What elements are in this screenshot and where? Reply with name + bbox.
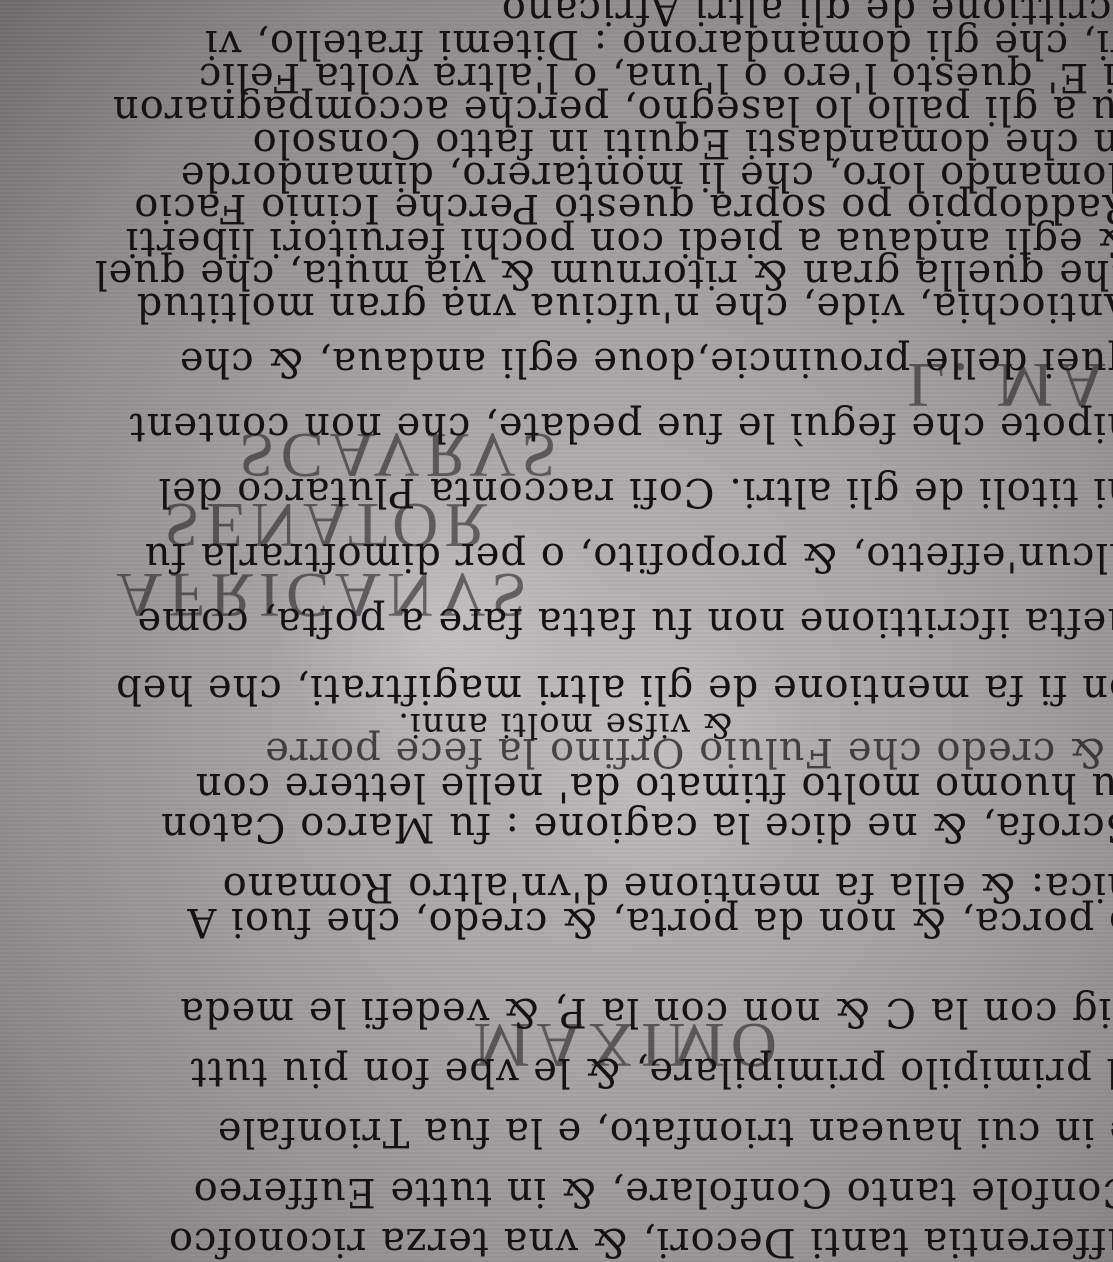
text-line: Antiochia, vide, che n'ufciua vna gran m…	[136, 287, 1113, 327]
text-line: Confole tanto Confolare, & in tutte Euff…	[193, 1172, 1113, 1212]
bleed-through-word: SCAVRVS	[239, 418, 563, 492]
text-line: e in cui hauean trionfato, e la fua Trio…	[217, 1112, 1113, 1152]
text-line: on fi fa mentione de gli altri magiftrat…	[115, 669, 1113, 709]
bleed-through-word: SENATOR	[164, 488, 493, 562]
bleed-through-word: MAXIMO	[473, 1008, 783, 1082]
text-line: fu huomo molto ftimato da' nelle lettere…	[195, 767, 1113, 807]
text-line: ufferentia tanti Decori, & vna terza ric…	[168, 1222, 1113, 1262]
text-line: o porca, & non da porta, & credo, che fu…	[187, 902, 1113, 942]
bleed-through-word: AFRICANVS	[116, 558, 533, 632]
bleed-through-word: L. MAS	[907, 348, 1113, 422]
rotated-text-block: scrittione de gli altri Africano vi, che…	[0, 0, 1113, 1262]
text-line: & vifse molti anni.	[397, 708, 733, 742]
text-line: Scrofa, & ne dice la cagione : fu Marco …	[160, 807, 1113, 847]
photo-page: scrittione de gli altri Africano vi, che…	[0, 0, 1113, 1262]
